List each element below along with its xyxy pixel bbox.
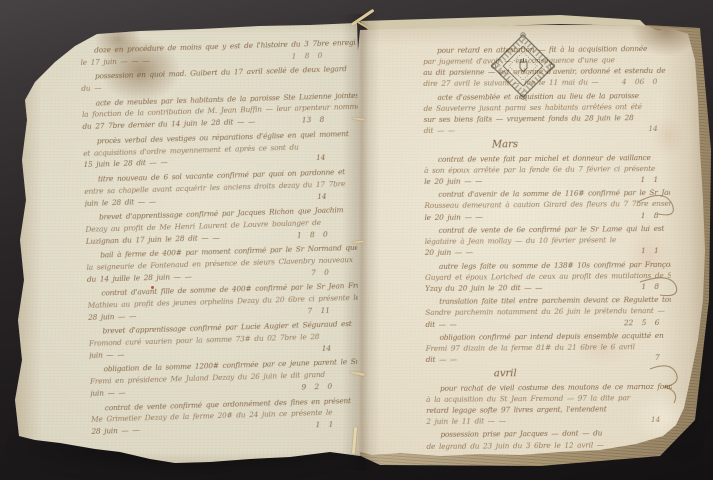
fee-amount: 7 0 [311, 265, 363, 278]
manuscript-line-text: le 17 juin — — — [80, 55, 149, 69]
register-entry: procès verbal des vestiges ou réparation… [83, 127, 360, 171]
manuscript-line-text: Luzignan du 17 juin le 28 dit — — [86, 232, 220, 248]
fee-amount: 7 11 [307, 304, 364, 318]
register-entry: bail à ferme de 400# par moment confirmé… [86, 242, 363, 286]
register-entry: contrat de vente confirmé que ordonnémen… [91, 394, 368, 438]
manuscript-line: dit — —14 [424, 123, 670, 136]
manuscript-line-text: 28 juin — — [88, 310, 136, 323]
manuscript-photo: doze en procédure de moins que y est de … [0, 0, 713, 480]
register-entry: brevet d'apprentissage confirmé par Jacq… [85, 204, 362, 248]
fee-amount [323, 75, 357, 88]
fee-amount: 1 8 0 [291, 49, 356, 63]
fee-amount: 13 8 [302, 113, 359, 127]
month-heading: Mars [492, 136, 670, 152]
manuscript-line-text: 28 juin — — [91, 425, 139, 438]
register-entry: contrat d'avant fille de somme de 400# c… [87, 280, 364, 324]
fee-amount: 14 [648, 123, 670, 134]
manuscript-line-text: 15 juin le 28 dit — — [83, 157, 167, 171]
fee-amount: 1 8 0 [297, 227, 362, 241]
manuscript-line-text: le 20 juin — — [424, 175, 482, 187]
ink-fleck [151, 286, 154, 289]
manuscript-line-text: juin — — [90, 387, 126, 400]
fee-amount: 9 2 0 [301, 380, 366, 394]
manuscript-line-text: de legrand du 23 juin du 3 6bre le 12 av… [426, 439, 604, 452]
fee-amount: 4 06 0 [622, 76, 670, 88]
right-page: pour retard en attestation — fit à la ac… [350, 14, 713, 470]
manuscript-line-text: du — [81, 83, 101, 95]
manuscript-line-text: 20 juin — — [425, 247, 473, 259]
manuscript-line-text: dit — — [425, 318, 456, 329]
register-entry: obligation de la somme 1200# confirmée p… [89, 356, 366, 400]
manuscript-line-text: dit — — [424, 125, 455, 136]
manuscript-line-text: juin — — [89, 349, 125, 362]
register-entry: titre nouveau de 6 sol vacante confirmé … [84, 166, 361, 210]
manuscript-line-text: du 14 juille le 28 juin — — [87, 271, 192, 286]
manuscript-line-text: dit — — [426, 354, 457, 365]
manuscript-line-text: juin le 28 dit — — [85, 195, 157, 209]
manuscript-line-text: Yzay du 20 juin le 20 dit — — [425, 282, 542, 294]
register-entry: brevet d'apprentissage confirmé par Luci… [88, 318, 365, 362]
tax-stamp-icon [490, 30, 558, 102]
register-entry: acte de meubles par les habitants de la … [82, 89, 359, 133]
fee-amount: 14 [316, 151, 360, 164]
fee-amount: 14 [317, 189, 361, 202]
left-page-text: doze en procédure de moins que y est de … [80, 37, 368, 441]
manuscript-line-text: 2 juin le 11 dit — — [426, 415, 506, 427]
manuscript-line-text: le 20 juin — — [424, 211, 482, 223]
left-page: doze en procédure de moins que y est de … [14, 18, 364, 470]
